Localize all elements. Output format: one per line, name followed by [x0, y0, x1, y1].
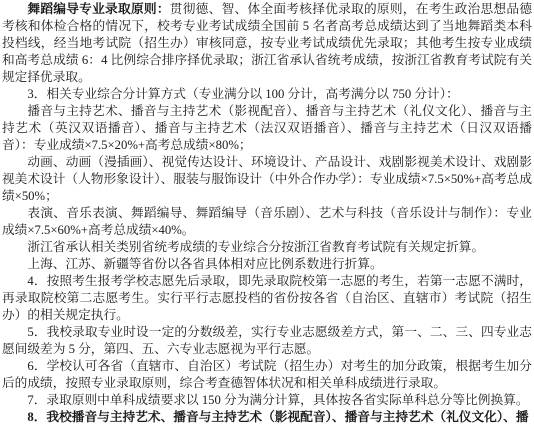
para-rule-5-grade-difference: 5．我校录取专业时设一定的分数级差，实行专业志愿级差方式，第一、二、三、四专业志… [2, 324, 532, 358]
para-province-ratio-conversion: 上海、江苏、新疆等省份以各省具体相对应比例系数进行折算。 [2, 256, 532, 273]
para-formula-performance-music: 表演、音乐表演、舞蹈编导、舞蹈编导（音乐剧）、艺术与科技（音乐设计与制作）：专业… [2, 205, 532, 239]
para-rule-4-school-preference: 4．按照考生报考学校志愿先后录取，即先录取院校第一志愿的考生，若第一志愿不满时，… [2, 273, 532, 324]
para-rule-3-composite-score-intro: 3．相关专业综合分计算方式（专业满分以 100 分计，高考满分以 750 分计）… [2, 86, 532, 103]
admission-rules-document: 舞蹈编导专业录取原则：贯彻德、智、体全面考核择优录取的原则，在考生政治思想品德考… [0, 0, 534, 424]
para-lead-dance-choreography-heading: 舞蹈编导专业录取原则： [27, 2, 169, 16]
para-rule-8-broadcast-majors: 8．我校播音与主持艺术、播音与主持艺术（影视配音）、播音与主持艺术（礼仪文化）、… [2, 409, 532, 424]
para-dance-choreography-principle: 舞蹈编导专业录取原则：贯彻德、智、体全面考核择优录取的原则，在考生政治思想品德考… [2, 1, 532, 86]
para-formula-broadcast-hosting: 播音与主持艺术、播音与主持艺术（影视配音）、播音与主持艺术（礼仪文化）、播音与主… [2, 103, 532, 154]
para-zhejiang-score-conversion: 浙江省承认相关类别省统考成绩的专业综合分按浙江省教育考试院有关规定折算。 [2, 239, 532, 256]
para-formula-animation-design: 动画、动画（漫插画）、视觉传达设计、环境设计、产品设计、戏剧影视美术设计、戏剧影… [2, 154, 532, 205]
para-rule-6-bonus-policy: 6．学校认可各省（直辖市、自治区）考试院（招生办）对考生的加分政策，根据考生加分… [2, 358, 532, 392]
para-rule-7-single-subject-score: 7．录取原则中单科成绩要求以 150 分为满分计算，具体按各省实际单科总分等比例… [2, 392, 532, 409]
